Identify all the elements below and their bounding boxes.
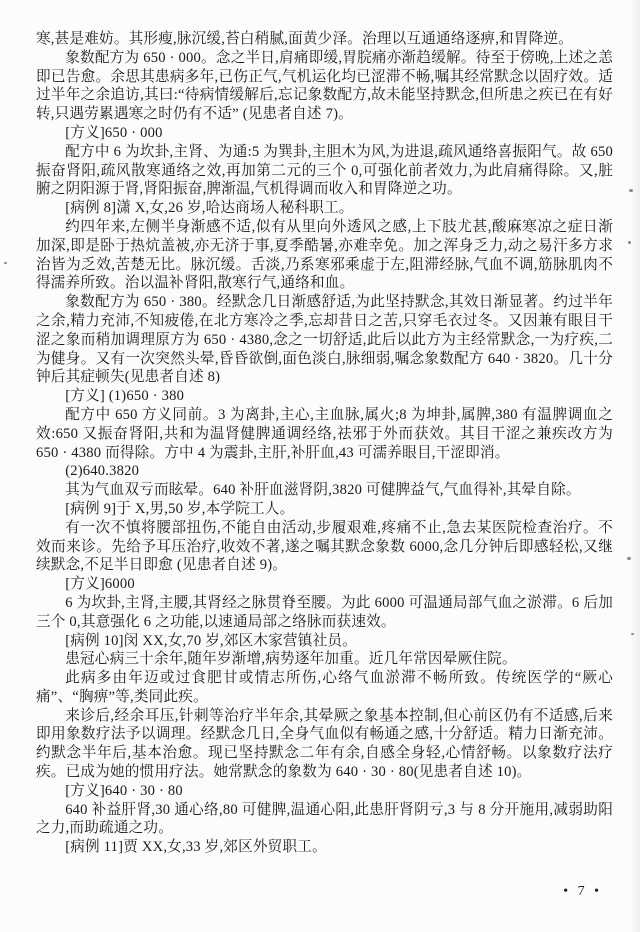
- paragraph: 寒,甚是难妨。其形瘦,脉沉缓,苔白稍腻,面黄少泽。治理以互通通络逐痹,和胃降逆。: [36, 30, 613, 49]
- prescription-heading: [方义] (1)650 · 380: [36, 387, 613, 406]
- prescription-heading: [方义]650 · 000: [36, 124, 613, 143]
- paragraph: 患冠心病三十余年,随年岁渐增,病势逐年加重。近几年常因晕厥住院。: [36, 650, 613, 669]
- paragraph: 640 补益肝肾,30 通心络,80 可健脾,温通心阳,此患肝肾阴亏,3 与 8…: [36, 801, 613, 839]
- scan-speck: [628, 241, 631, 244]
- case-heading: [病例 8]潇 X,女,26 岁,哈达商场人秘科职工。: [36, 199, 613, 218]
- scan-speck: [631, 633, 634, 635]
- paragraph: 象数配方为 650 · 000。念之半日,肩痛即缓,胃脘痛亦渐趋缓解。待至于傍晚…: [36, 49, 613, 124]
- paragraph: 配方中 6 为坎卦,主肾、为通:5 为巽卦,主胆木为风,为进退,疏风通络喜振阳气…: [36, 143, 613, 199]
- book-page: 寒,甚是难妨。其形瘦,脉沉缓,苔白稍腻,面黄少泽。治理以互通通络逐痹,和胃降逆。…: [0, 0, 640, 932]
- paragraph: 象数配方为 650 · 380。经默念几日渐感舒适,为此坚持默念,其效日渐显著。…: [36, 293, 613, 387]
- paragraph: 6 为坎卦,主肾,主腰,其肾经之脉贯脊至腰。为此 6000 可温通局部气血之淤滞…: [36, 594, 613, 632]
- scan-speck: [627, 557, 631, 560]
- scan-speck: [629, 189, 633, 192]
- page-number: • 7 •: [563, 884, 602, 900]
- prescription-heading: [方义]6000: [36, 575, 613, 594]
- paragraph: 有一次不慎将腰部扭伤,不能自由活动,步履艰难,疼痛不止,急去某医院检查治疗。不效…: [36, 519, 613, 575]
- paragraph: 来诊后,经余耳压,针刺等治疗半年余,其晕厥之象基本控制,但心前区仍有不适感,后来…: [36, 707, 613, 782]
- scan-speck: [4, 262, 7, 264]
- paragraph: (2)640.3820: [36, 462, 613, 481]
- case-heading: [病例 11]贾 XX,女,33 岁,郊区外贸职工。: [36, 838, 613, 857]
- paragraph: 配方中 650 方义同前。3 为离卦,主心,主血脉,属火;8 为坤卦,属脾,38…: [36, 406, 613, 462]
- paragraph: 其为气血双亏而眩晕。640 补肝血滋肾阴,3820 可健脾益气,气血得补,其晕自…: [36, 481, 613, 500]
- case-heading: [病例 10]闵 XX,女,70 岁,郊区木家营镇社员。: [36, 632, 613, 651]
- page-body-text: 寒,甚是难妨。其形瘦,脉沉缓,苔白稍腻,面黄少泽。治理以互通通络逐痹,和胃降逆。…: [36, 30, 613, 857]
- paragraph: 约四年来,左侧半身渐感不适,似有从里向外透风之感,上下肢尤甚,酸麻寒凉之症日渐加…: [36, 218, 613, 293]
- case-heading: [病例 9]于 X,男,50 岁,本学院工人。: [36, 500, 613, 519]
- prescription-heading: [方义]640 · 30 · 80: [36, 782, 613, 801]
- paragraph: 此病多由年迈或过食肥甘或情志所伤,心络气血淤滞不畅所致。传统医学的“厥心痛”、“…: [36, 669, 613, 707]
